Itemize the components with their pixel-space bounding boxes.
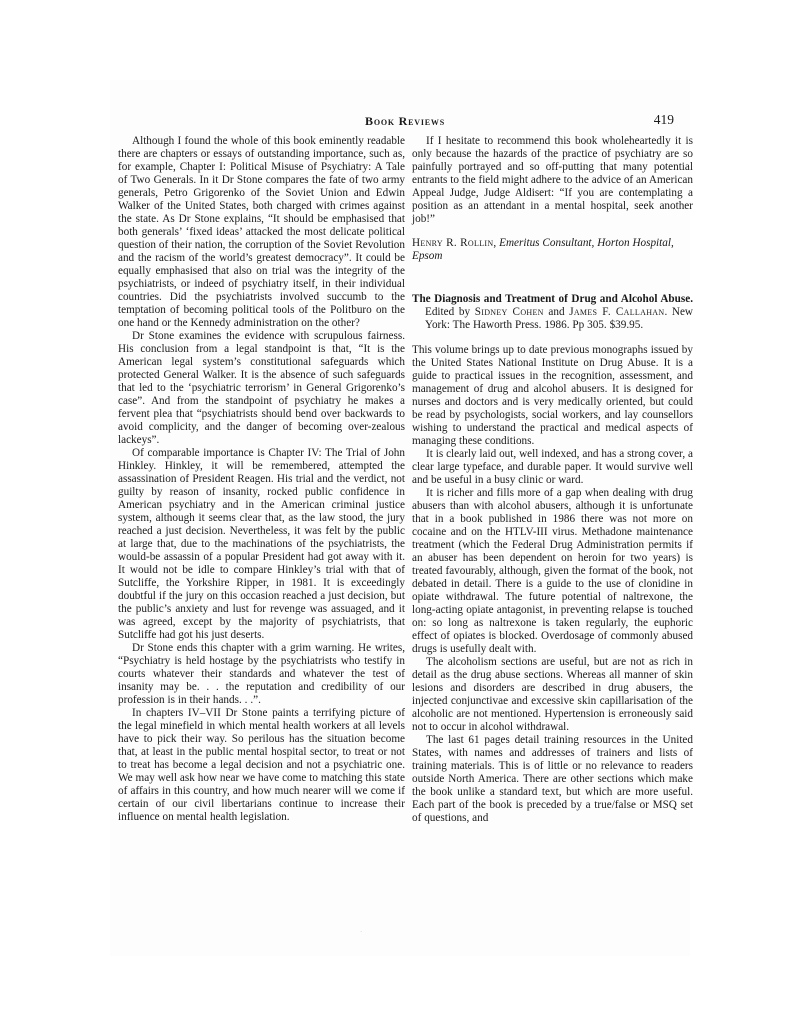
citation-conjunction: and bbox=[544, 306, 569, 318]
book-title: The Diagnosis and Treatment of Drug and … bbox=[412, 293, 693, 305]
reviewer-signature: Henry R. Rollin, Emeritus Consultant, Ho… bbox=[412, 237, 693, 263]
scan-speck: · bbox=[360, 928, 364, 936]
paragraph: The alcoholism sections are useful, but … bbox=[412, 656, 693, 734]
running-title: Book Reviews bbox=[118, 114, 692, 129]
paragraph: The last 61 pages detail training resour… bbox=[412, 734, 693, 825]
paragraph: It is richer and fills more of a gap whe… bbox=[412, 487, 693, 656]
paragraph: Of comparable importance is Chapter IV: … bbox=[118, 447, 405, 642]
paragraph: Although I found the whole of this book … bbox=[118, 135, 405, 330]
paragraph: In chapters IV–VII Dr Stone paints a ter… bbox=[118, 707, 405, 824]
page-number: 419 bbox=[654, 112, 674, 128]
page-header: Book Reviews 419 bbox=[118, 114, 692, 130]
paragraph: It is clearly laid out, well indexed, an… bbox=[412, 448, 693, 487]
paragraph: Dr Stone ends this chapter with a grim w… bbox=[118, 642, 405, 707]
book-citation: The Diagnosis and Treatment of Drug and … bbox=[412, 293, 693, 332]
right-column: If I hesitate to recommend this book who… bbox=[412, 135, 693, 825]
citation-edited-by: Edited by bbox=[425, 306, 475, 318]
reviewer-name: Henry R. Rollin bbox=[412, 237, 493, 249]
paragraph: If I hesitate to recommend this book who… bbox=[412, 135, 693, 226]
citation-editor-1: Sidney Cohen bbox=[475, 306, 544, 318]
left-column: Although I found the whole of this book … bbox=[118, 135, 405, 824]
citation-editor-2: James F. Callahan bbox=[569, 306, 664, 318]
paragraph: Dr Stone examines the evidence with scru… bbox=[118, 330, 405, 447]
paragraph: This volume brings up to date previous m… bbox=[412, 344, 693, 448]
